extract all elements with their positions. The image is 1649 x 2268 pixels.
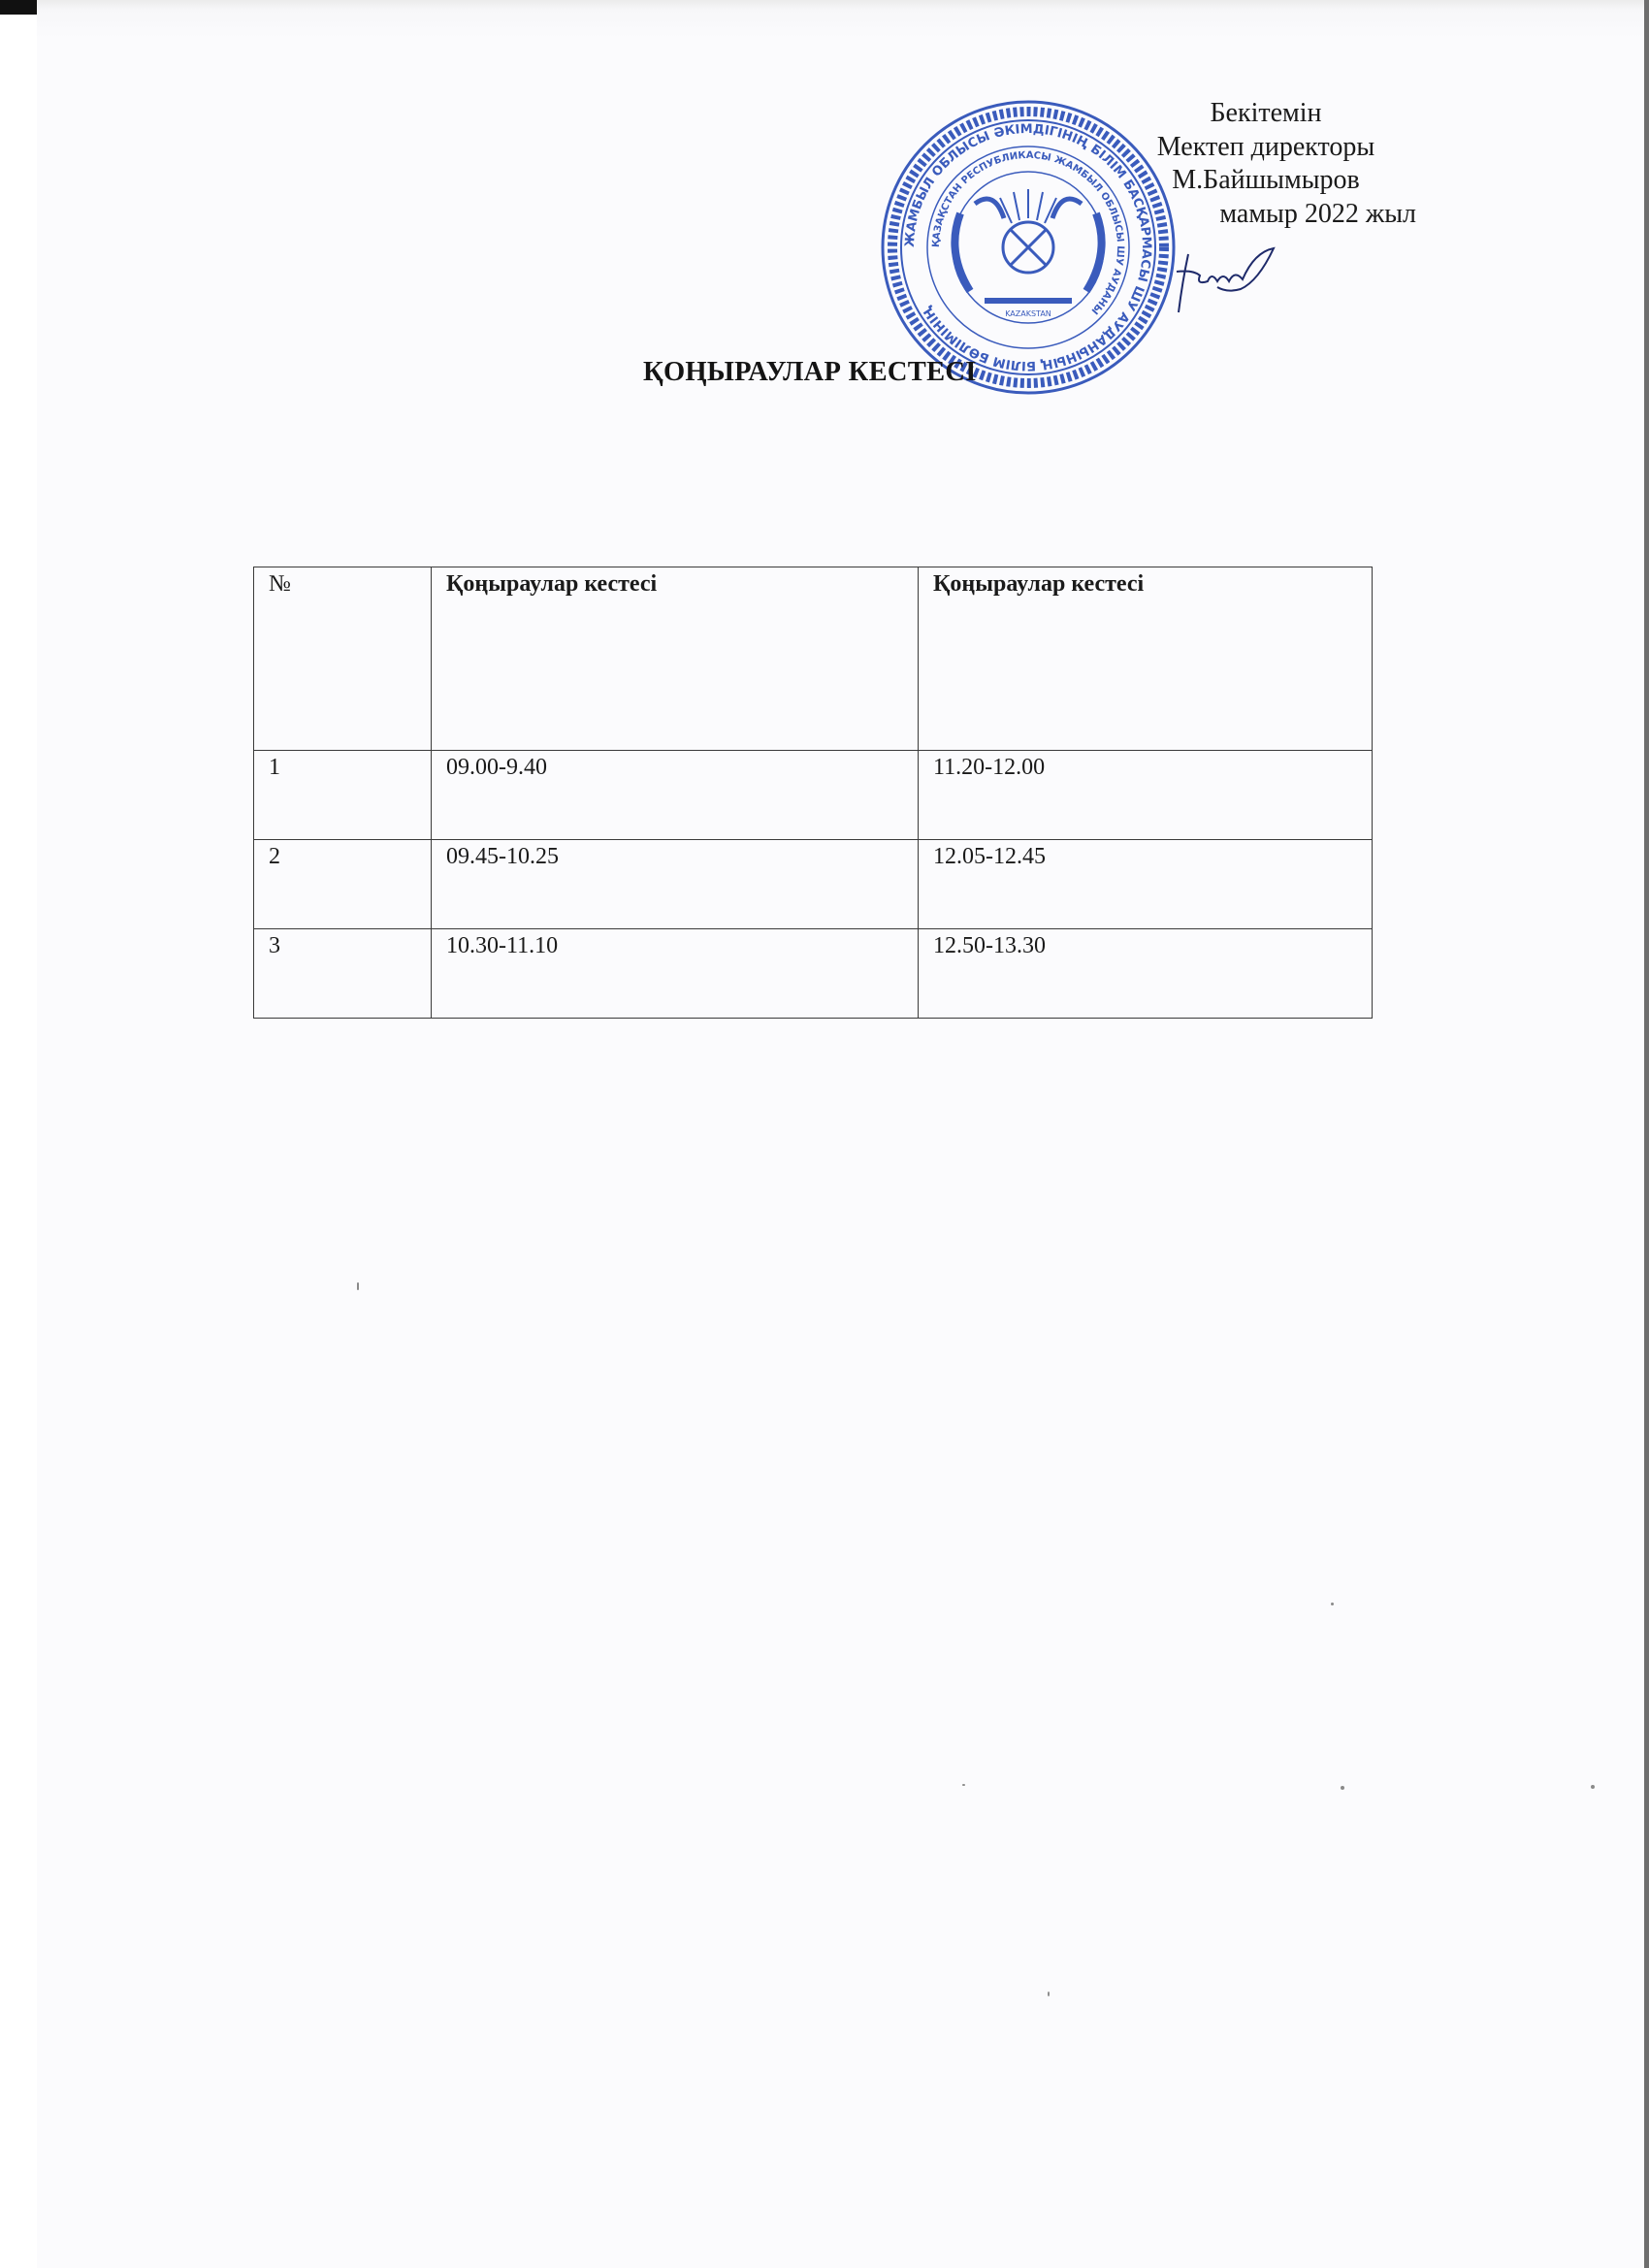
table-row: 3 10.30-11.10 12.50-13.30 <box>254 929 1373 1019</box>
shift-1-time: 10.30-11.10 <box>432 929 919 1019</box>
header-schedule-2: Қоңыраулар кестесі <box>919 567 1373 751</box>
svg-text:ҚАЗАҚСТАН РЕСПУБЛИКАСЫ ЖАМБЫЛ: ҚАЗАҚСТАН РЕСПУБЛИКАСЫ ЖАМБЫЛ ОБЛЫСЫ ШУ … <box>931 150 1125 316</box>
scanned-page <box>37 0 1645 2268</box>
row-number: 1 <box>254 751 432 840</box>
page-title: ҚОҢЫРАУЛАР КЕСТЕСІ <box>643 357 977 388</box>
table-row: 2 09.45-10.25 12.05-12.45 <box>254 840 1373 929</box>
header-number: № <box>254 567 432 751</box>
scan-speck <box>1048 1992 1050 1996</box>
header-schedule-1: Қоңыраулар кестесі <box>432 567 919 751</box>
scan-right-edge <box>1644 0 1649 2268</box>
bell-schedule-table: № Қоңыраулар кестесі Қоңыраулар кестесі … <box>253 567 1373 1019</box>
shift-2-time: 12.50-13.30 <box>919 929 1373 1019</box>
shift-2-time: 12.05-12.45 <box>919 840 1373 929</box>
official-stamp-icon: ЖАМБЫЛ ОБЛЫСЫ ӘКІМДІГІНІҢ БІЛІМ БАСҚАРМА… <box>878 97 1179 398</box>
scan-speck <box>962 1784 965 1786</box>
scan-speck <box>357 1282 359 1290</box>
scan-speck <box>1341 1786 1344 1790</box>
scan-corner-mark <box>0 0 37 15</box>
row-number: 2 <box>254 840 432 929</box>
svg-text:KAZAKSTAN: KAZAKSTAN <box>1005 309 1051 318</box>
scan-speck <box>1331 1603 1334 1605</box>
shift-2-time: 11.20-12.00 <box>919 751 1373 840</box>
table-header-row: № Қоңыраулар кестесі Қоңыраулар кестесі <box>254 567 1373 751</box>
scan-speck <box>1591 1785 1595 1789</box>
signature-icon <box>1149 243 1295 320</box>
shift-1-time: 09.00-9.40 <box>432 751 919 840</box>
shift-1-time: 09.45-10.25 <box>432 840 919 929</box>
table-row: 1 09.00-9.40 11.20-12.00 <box>254 751 1373 840</box>
row-number: 3 <box>254 929 432 1019</box>
